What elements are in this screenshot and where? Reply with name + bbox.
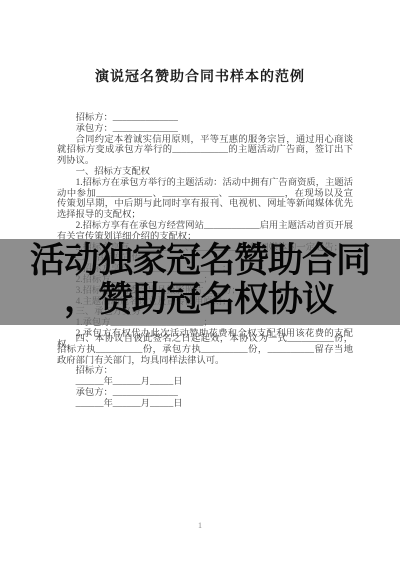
document-footer-block: 四、本协议自彼此签名之日起起效，本协议为一式__________份，招标方执__… (57, 334, 353, 410)
signature-date-bidder: ______年______月_____日 (57, 377, 353, 388)
doc-paragraph: 四、本协议自彼此签名之日起起效，本协议为一式__________份，招标方执__… (57, 334, 353, 366)
signature-label-contractor: 承包方：______________ (57, 388, 353, 399)
doc-paragraph: 承包方：______________ (57, 124, 353, 135)
signature-label-bidder: 招标方： (57, 366, 353, 377)
watermark-title: 活动独家冠名赞助合同 ，赞助冠名权协议 (0, 241, 400, 319)
page-number: 1 (0, 521, 400, 530)
doc-paragraph: 招标方：______________ (57, 113, 353, 124)
doc-paragraph: 一、招标方支配权 (57, 167, 353, 178)
watermark-title-line1: 活动独家冠名赞助合同 (0, 241, 400, 280)
document-page: 演说冠名赞助合同书样本的范例 招标方：______________ 承包方：__… (0, 0, 400, 566)
doc-paragraph: 合同约定本着诚实信用原则，平等互惠的服务宗旨，通过用心商谈就招标方变成承包方举行… (57, 135, 353, 167)
doc-paragraph: 1.招标方在承包方举行的主题活动：活动中拥有广告商资质，主题活动中参加_____… (57, 178, 353, 221)
watermark-title-line2: ，赞助冠名权协议 (0, 280, 400, 319)
document-title: 演说冠名赞助合同书样本的范例 (0, 66, 400, 86)
signature-date-contractor: ______年______月_____日 (57, 399, 353, 410)
